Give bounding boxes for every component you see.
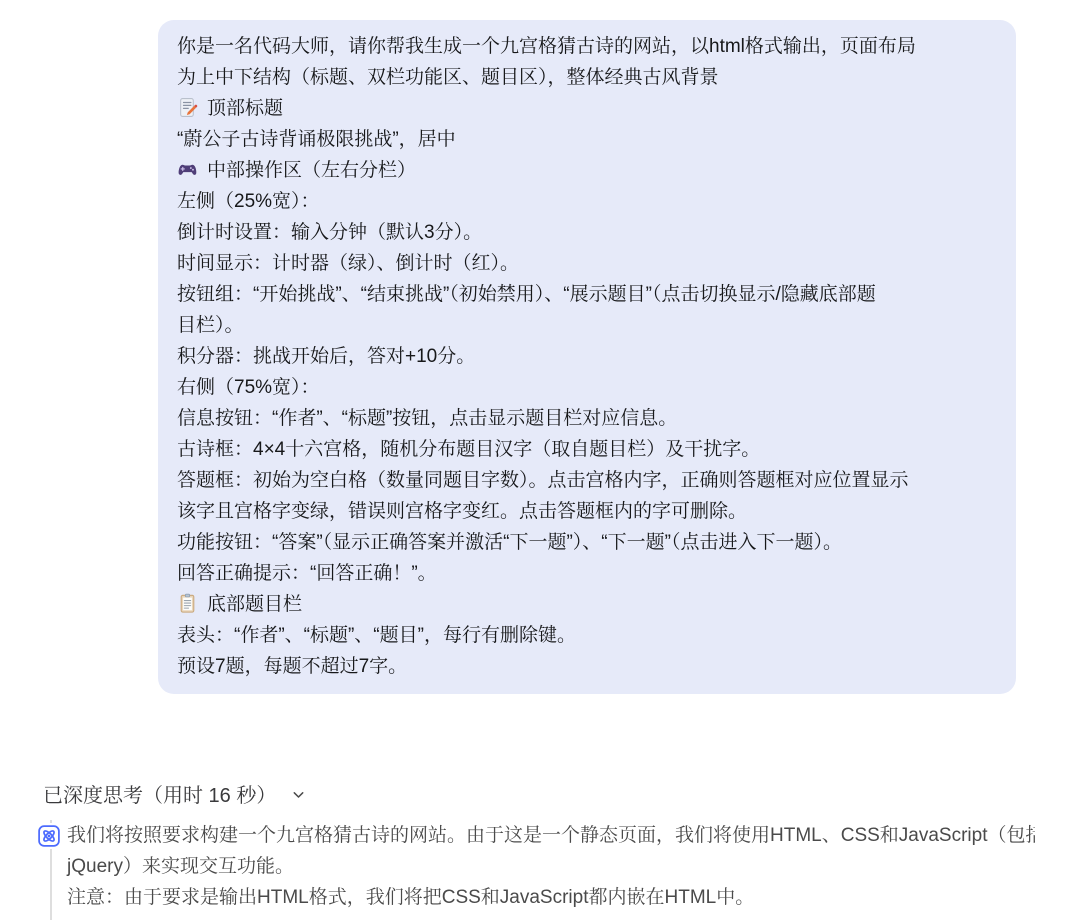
user-message-bubble: 你是一名代码大师，请你帮我生成一个九宫格猜古诗的网站，以html格式输出，页面布…: [158, 20, 1016, 694]
message-line-text: 中部操作区（左右分栏）: [207, 160, 416, 181]
atom-icon: [38, 823, 66, 849]
message-line: 中部操作区（左右分栏）: [177, 155, 997, 186]
message-line: “蔚公子古诗背诵极限挑战”，居中: [177, 124, 997, 155]
message-line: 积分器：挑战开始后，答对+10分。: [177, 341, 997, 372]
message-line-text: 底部题目栏: [207, 594, 302, 615]
thinking-line: 注意：由于要求是输出HTML格式，我们将把CSS和JavaScript都内嵌在H…: [67, 882, 1035, 913]
memo-icon: [177, 97, 198, 118]
message-line: 顶部标题: [177, 93, 997, 124]
message-line: 时间显示：计时器（绿）、倒计时（红）。: [177, 248, 997, 279]
thinking-line: 我们将按照要求构建一个九宫格猜古诗的网站。由于这是一个静态页面，我们将使用HTM…: [67, 820, 1035, 851]
message-line: 为上中下结构（标题、双栏功能区、题目区），整体经典古风背景: [177, 62, 997, 93]
thinking-content: 我们将按照要求构建一个九宫格猜古诗的网站。由于这是一个静态页面，我们将使用HTM…: [50, 820, 1035, 920]
thinking-toggle[interactable]: 已深度思考（用时 16 秒）: [43, 780, 306, 806]
message-line: 功能按钮：“答案”（显示正确答案并激活“下一题”）、“下一题”（点击进入下一题）…: [177, 527, 997, 558]
message-line: 倒计时设置：输入分钟（默认3分）。: [177, 217, 997, 248]
chevron-down-icon[interactable]: [291, 787, 306, 802]
message-line: 答题框：初始为空白格（数量同题目字数）。点击宫格内字，正确则答题框对应位置显示: [177, 465, 997, 496]
message-line-text: 顶部标题: [207, 98, 283, 119]
message-line: 右侧（75%宽）：: [177, 372, 997, 403]
gamepad-icon: [177, 159, 198, 180]
chat-page: 你是一名代码大师，请你帮我生成一个九宫格猜古诗的网站，以html格式输出，页面布…: [0, 0, 1080, 920]
message-line: 回答正确提示：“回答正确！”。: [177, 558, 997, 589]
message-line: 目栏）。: [177, 310, 997, 341]
message-line: 左侧（25%宽）：: [177, 186, 997, 217]
message-line: 按钮组：“开始挑战”、“结束挑战”（初始禁用）、“展示题目”（点击切换显示/隐藏…: [177, 279, 997, 310]
thinking-line: jQuery）来实现交互功能。: [67, 851, 1035, 882]
message-line: 该字且宫格字变绿，错误则宫格字变红。点击答题框内的字可删除。: [177, 496, 997, 527]
message-line: 信息按钮：“作者”、“标题”按钮，点击显示题目栏对应信息。: [177, 403, 997, 434]
message-line: 表头：“作者”、“标题”、“题目”，每行有删除键。: [177, 620, 997, 651]
message-line: 预设7题，每题不超过7字。: [177, 651, 997, 682]
clipboard-icon: [177, 593, 198, 614]
thinking-header-label: 已深度思考（用时 16 秒）: [43, 779, 276, 808]
message-line: 古诗框：4×4十六宫格，随机分布题目汉字（取自题目栏）及干扰字。: [177, 434, 997, 465]
message-line: 你是一名代码大师，请你帮我生成一个九宫格猜古诗的网站，以html格式输出，页面布…: [177, 31, 997, 62]
message-line: 底部题目栏: [177, 589, 997, 620]
